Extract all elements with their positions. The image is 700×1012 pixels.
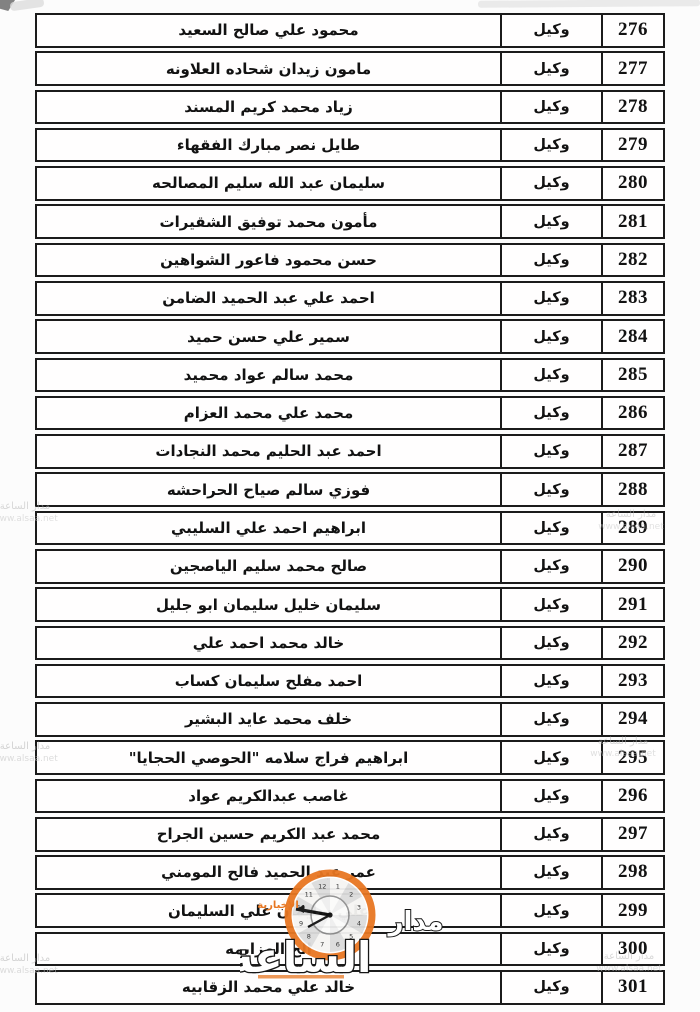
table-row: مأمون محمد توفيق الشقيرات وكيل 281 bbox=[35, 204, 665, 239]
name-cell: محمد علي محمد العزام bbox=[37, 398, 500, 429]
table-row: سليمان خليل سليمان ابو جليل وكيل 291 bbox=[35, 587, 665, 622]
role-cell: وكيل bbox=[500, 819, 603, 850]
table-row: احمد مفلح سليمان كساب وكيل 293 bbox=[35, 664, 665, 699]
name-cell: طايل نصر مبارك الفقهاء bbox=[37, 130, 500, 161]
name-cell: احمد عبد الحليم محمد النجادات bbox=[37, 436, 500, 467]
scan-smudge-top-right bbox=[478, 0, 700, 8]
table-row: فوزي سالم صياح الحراحشه وكيل 288 bbox=[35, 472, 665, 507]
name-cell: فوزي سالم صياح الحراحشه bbox=[37, 474, 500, 505]
table-row: حسن محمود فاعور الشواهين وكيل 282 bbox=[35, 243, 665, 278]
table-row: محمد عبد الكريم حسين الجراح وكيل 297 bbox=[35, 817, 665, 852]
number-cell: 284 bbox=[603, 321, 663, 352]
name-cell: محمد سالم عواد محميد bbox=[37, 360, 500, 391]
role-cell: وكيل bbox=[500, 206, 603, 237]
name-cell: ابراهيم فراج سلامه "الحوصي الحجايا" bbox=[37, 742, 500, 773]
table-row: عمر عبد الحميد فالح المومني وكيل 298 bbox=[35, 855, 665, 890]
role-cell: وكيل bbox=[500, 857, 603, 888]
table-row: احمد عبد الحليم محمد النجادات وكيل 287 bbox=[35, 434, 665, 469]
number-cell: 280 bbox=[603, 168, 663, 199]
role-cell: وكيل bbox=[500, 92, 603, 123]
number-cell: 289 bbox=[603, 513, 663, 544]
name-cell: سمير علي حسن حميد bbox=[37, 321, 500, 352]
number-cell: 291 bbox=[603, 589, 663, 620]
role-cell: وكيل bbox=[500, 15, 603, 46]
number-cell: 292 bbox=[603, 628, 663, 659]
name-cell: صالح محمد سليم الياصجين bbox=[37, 551, 500, 582]
name-cell: خلف محمد عايد البشير bbox=[37, 704, 500, 735]
table-row: علي سليمان علي السليمان وكيل 299 bbox=[35, 893, 665, 928]
table-row: الح الهزايمه وكيل 300 bbox=[35, 932, 665, 967]
table-row: ابراهيم احمد علي السليبي وكيل 289 bbox=[35, 511, 665, 546]
role-cell: وكيل bbox=[500, 934, 603, 965]
number-cell: 299 bbox=[603, 895, 663, 926]
table-row: سليمان عبد الله سليم المصالحه وكيل 280 bbox=[35, 166, 665, 201]
role-cell: وكيل bbox=[500, 551, 603, 582]
name-cell: حسن محمود فاعور الشواهين bbox=[37, 245, 500, 276]
name-cell: سليمان عبد الله سليم المصالحه bbox=[37, 168, 500, 199]
role-cell: وكيل bbox=[500, 321, 603, 352]
table-row: محمد علي محمد العزام وكيل 286 bbox=[35, 396, 665, 431]
role-cell: وكيل bbox=[500, 245, 603, 276]
table-row: طايل نصر مبارك الفقهاء وكيل 279 bbox=[35, 128, 665, 163]
role-cell: وكيل bbox=[500, 742, 603, 773]
role-cell: وكيل bbox=[500, 360, 603, 391]
role-cell: وكيل bbox=[500, 53, 603, 84]
number-cell: 276 bbox=[603, 15, 663, 46]
table-row: زياد محمد كريم المسند وكيل 278 bbox=[35, 90, 665, 125]
name-cell: خالد محمد احمد علي bbox=[37, 628, 500, 659]
role-cell: وكيل bbox=[500, 283, 603, 314]
role-cell: وكيل bbox=[500, 436, 603, 467]
number-cell: 283 bbox=[603, 283, 663, 314]
role-cell: وكيل bbox=[500, 895, 603, 926]
number-cell: 285 bbox=[603, 360, 663, 391]
name-cell: الح الهزايمه bbox=[37, 934, 500, 965]
number-cell: 293 bbox=[603, 666, 663, 697]
name-cell: محمود علي صالح السعيد bbox=[37, 15, 500, 46]
role-cell: وكيل bbox=[500, 513, 603, 544]
roster-table: محمود علي صالح السعيد وكيل 276 مامون زيد… bbox=[35, 13, 665, 1008]
name-cell: علي سليمان علي السليمان bbox=[37, 895, 500, 926]
name-cell: مأمون محمد توفيق الشقيرات bbox=[37, 206, 500, 237]
table-row: ابراهيم فراج سلامه "الحوصي الحجايا" وكيل… bbox=[35, 740, 665, 775]
number-cell: 279 bbox=[603, 130, 663, 161]
number-cell: 300 bbox=[603, 934, 663, 965]
role-cell: وكيل bbox=[500, 972, 603, 1003]
number-cell: 287 bbox=[603, 436, 663, 467]
name-cell: مامون زيدان شحاده العلاونه bbox=[37, 53, 500, 84]
role-cell: وكيل bbox=[500, 628, 603, 659]
role-cell: وكيل bbox=[500, 130, 603, 161]
number-cell: 294 bbox=[603, 704, 663, 735]
table-row: محمد سالم عواد محميد وكيل 285 bbox=[35, 358, 665, 393]
number-cell: 277 bbox=[603, 53, 663, 84]
number-cell: 297 bbox=[603, 819, 663, 850]
table-row: غاصب عبدالكريم عواد وكيل 296 bbox=[35, 779, 665, 814]
table-row: سمير علي حسن حميد وكيل 284 bbox=[35, 319, 665, 354]
table-row: محمود علي صالح السعيد وكيل 276 bbox=[35, 13, 665, 48]
table-row: مامون زيدان شحاده العلاونه وكيل 277 bbox=[35, 51, 665, 86]
table-row: خالد محمد احمد علي وكيل 292 bbox=[35, 626, 665, 661]
role-cell: وكيل bbox=[500, 589, 603, 620]
name-cell: سليمان خليل سليمان ابو جليل bbox=[37, 589, 500, 620]
table-row: احمد علي عبد الحميد الضامن وكيل 283 bbox=[35, 281, 665, 316]
scan-smudge-light bbox=[10, 0, 45, 11]
name-cell: غاصب عبدالكريم عواد bbox=[37, 781, 500, 812]
number-cell: 281 bbox=[603, 206, 663, 237]
number-cell: 288 bbox=[603, 474, 663, 505]
number-cell: 286 bbox=[603, 398, 663, 429]
number-cell: 278 bbox=[603, 92, 663, 123]
number-cell: 290 bbox=[603, 551, 663, 582]
name-cell: ابراهيم احمد علي السليبي bbox=[37, 513, 500, 544]
name-cell: احمد علي عبد الحميد الضامن bbox=[37, 283, 500, 314]
number-cell: 282 bbox=[603, 245, 663, 276]
role-cell: وكيل bbox=[500, 398, 603, 429]
role-cell: وكيل bbox=[500, 704, 603, 735]
name-cell: خالد علي محمد الزقابيه bbox=[37, 972, 500, 1003]
number-cell: 298 bbox=[603, 857, 663, 888]
role-cell: وكيل bbox=[500, 781, 603, 812]
number-cell: 295 bbox=[603, 742, 663, 773]
name-cell: احمد مفلح سليمان كساب bbox=[37, 666, 500, 697]
table-row: صالح محمد سليم الياصجين وكيل 290 bbox=[35, 549, 665, 584]
number-cell: 301 bbox=[603, 972, 663, 1003]
name-cell: عمر عبد الحميد فالح المومني bbox=[37, 857, 500, 888]
role-cell: وكيل bbox=[500, 666, 603, 697]
name-cell: زياد محمد كريم المسند bbox=[37, 92, 500, 123]
table-row: خالد علي محمد الزقابيه وكيل 301 bbox=[35, 970, 665, 1005]
role-cell: وكيل bbox=[500, 168, 603, 199]
table-row: خلف محمد عايد البشير وكيل 294 bbox=[35, 702, 665, 737]
role-cell: وكيل bbox=[500, 474, 603, 505]
name-cell: محمد عبد الكريم حسين الجراح bbox=[37, 819, 500, 850]
number-cell: 296 bbox=[603, 781, 663, 812]
